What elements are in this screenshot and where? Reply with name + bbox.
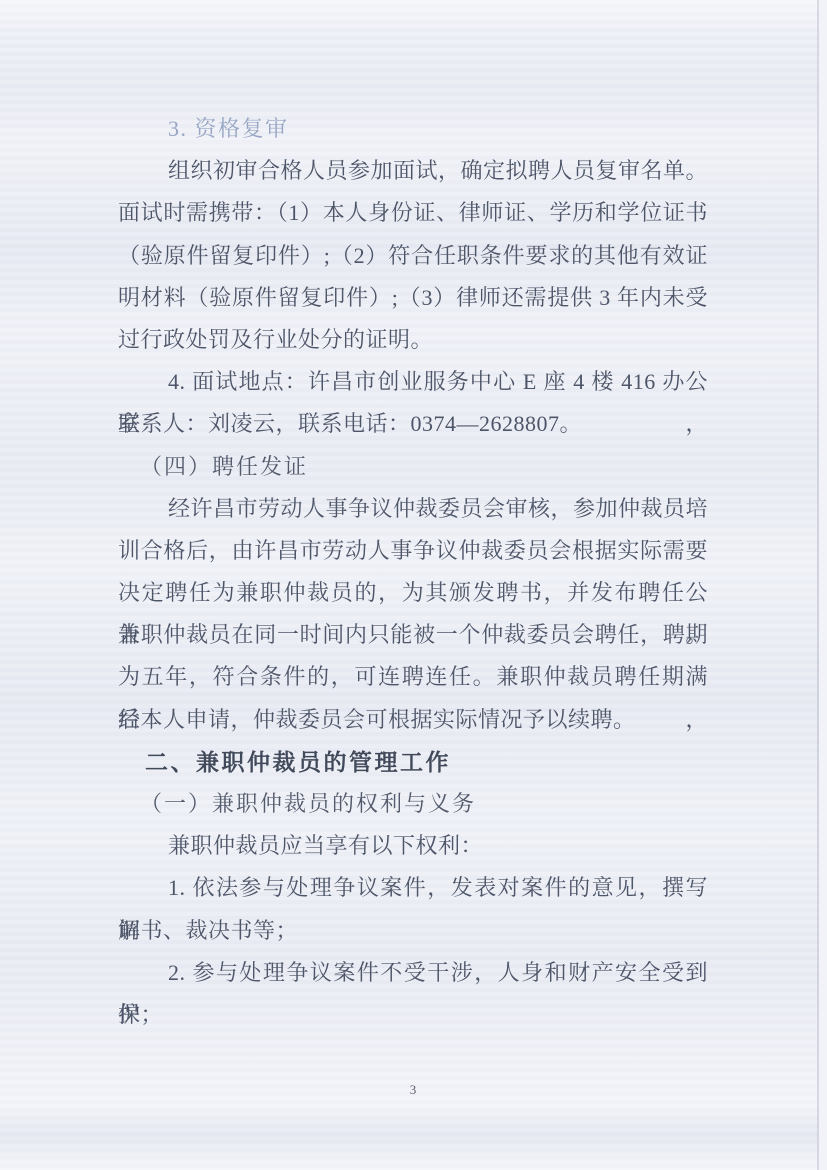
text-line: 过行政处罚及行业处分的证明。	[118, 319, 708, 361]
paper-edge-strip	[819, 0, 827, 1170]
text-line: 明材料（验原件留复印件）;（3）律师还需提供 3 年内未受	[118, 277, 708, 319]
text-line: （验原件留复印件）;（2）符合任职条件要求的其他有效证	[118, 235, 708, 277]
text-line: 训合格后，由许昌市劳动人事争议仲裁委员会根据实际需要	[118, 530, 708, 572]
page-number: 3	[118, 1082, 708, 1098]
text-line: 经许昌市劳动人事争议仲裁委员会审核，参加仲裁员培	[118, 488, 708, 530]
text-line: 3. 资格复审	[118, 108, 708, 150]
text-line: 兼职仲裁员在同一时间内只能被一个仲裁委员会聘任，聘期	[118, 614, 708, 656]
text-line: 2. 参与处理争议案件不受干涉，人身和财产安全受到保	[118, 952, 708, 994]
text-line: 决定聘任为兼职仲裁员的，为其颁发聘书，并发布聘任公告。	[118, 572, 708, 614]
text-line: （四）聘任发证	[118, 446, 708, 488]
text-line: 组织初审合格人员参加面试，确定拟聘人员复审名单。	[118, 150, 708, 192]
text-line: 为五年，符合条件的，可连聘连任。兼职仲裁员聘任期满后，	[118, 656, 708, 698]
text-line: 护；	[118, 994, 708, 1036]
text-line: 二、兼职仲裁员的管理工作	[118, 741, 708, 783]
text-line: 兼职仲裁员应当享有以下权利：	[118, 825, 708, 867]
text-line: 解书、裁决书等；	[118, 910, 708, 952]
text-line: 4. 面试地点：许昌市创业服务中心 E 座 4 楼 416 办公室，	[118, 361, 708, 403]
text-line: 面试时需携带：（1）本人身份证、律师证、学历和学位证书	[118, 192, 708, 234]
page-content: 3. 资格复审组织初审合格人员参加面试，确定拟聘人员复审名单。面试时需携带：（1…	[118, 108, 708, 1036]
document-page: 3. 资格复审组织初审合格人员参加面试，确定拟聘人员复审名单。面试时需携带：（1…	[0, 0, 827, 1170]
text-line: （一）兼职仲裁员的权利与义务	[118, 783, 708, 825]
text-line: 1. 依法参与处理争议案件，发表对案件的意见，撰写调	[118, 867, 708, 909]
text-line: 经本人申请，仲裁委员会可根据实际情况予以续聘。	[118, 699, 708, 741]
